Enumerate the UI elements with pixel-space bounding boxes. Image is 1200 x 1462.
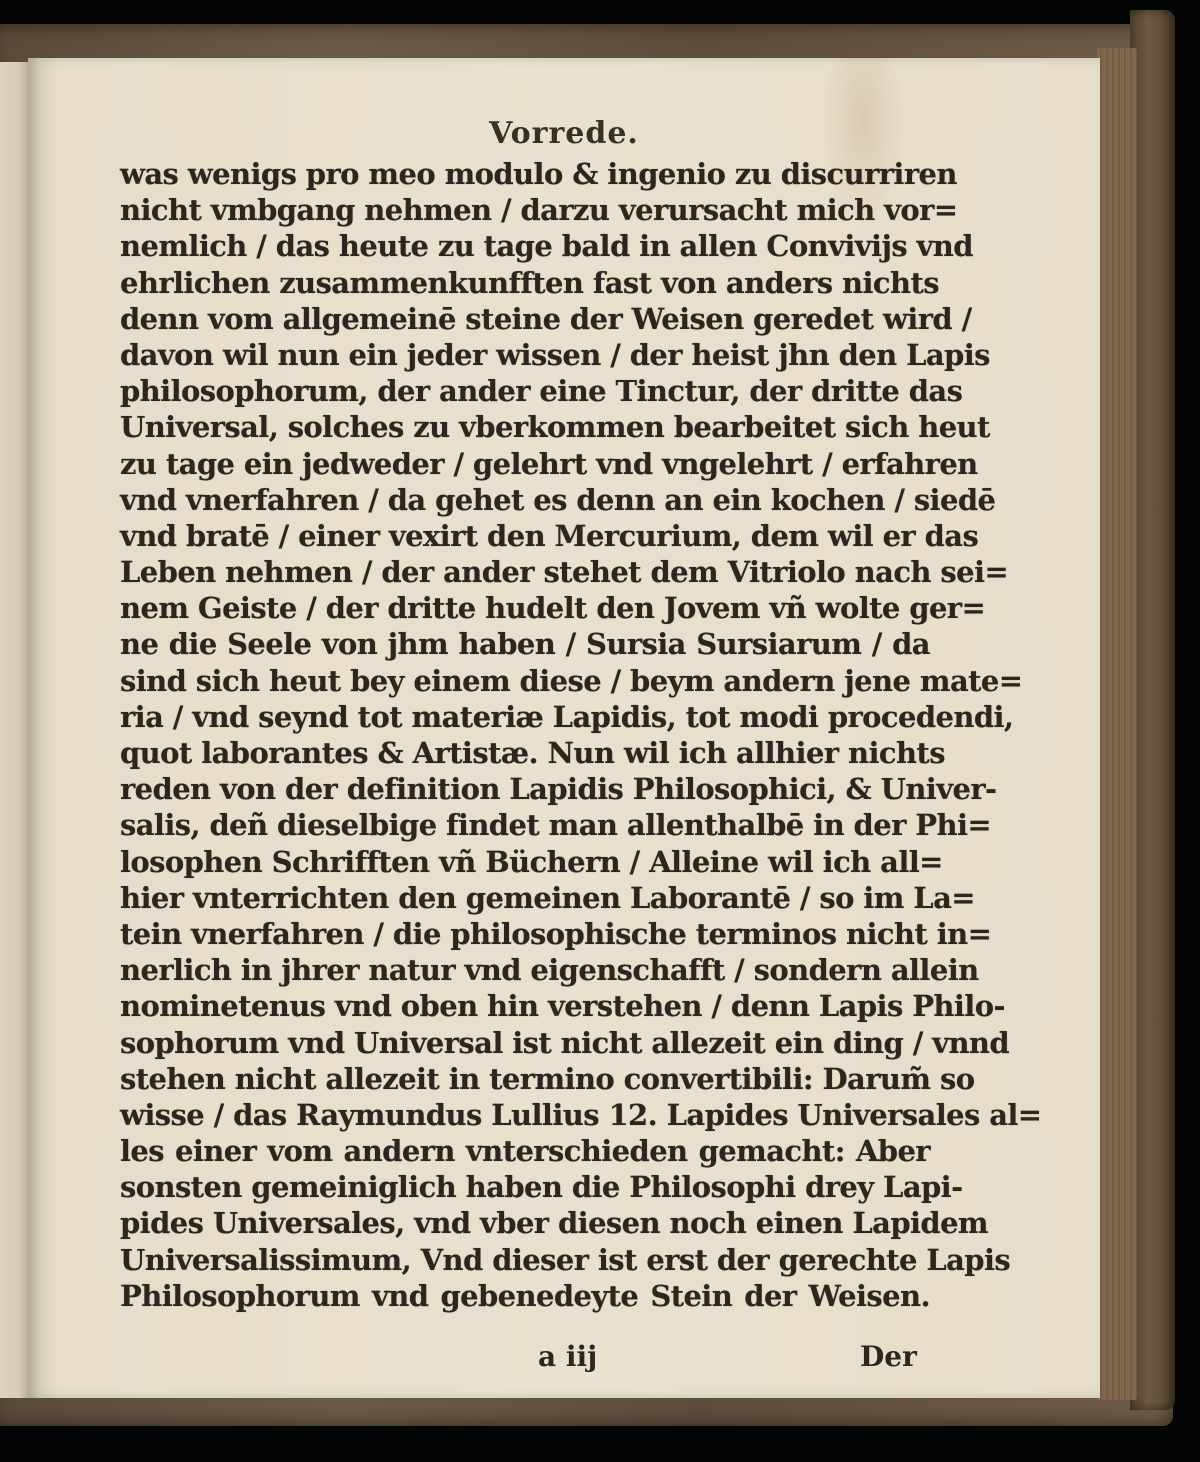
- text-line: vnd vnerfahren / da gehet es denn an ein…: [120, 482, 930, 518]
- body-text: was wenigs pro meo modulo & ingenio zu d…: [120, 156, 930, 1314]
- book-page: Vorrede. was wenigs pro meo modulo & ing…: [28, 58, 1100, 1398]
- text-line: Philosophorum vnd gebenedeyte Stein der …: [120, 1278, 930, 1314]
- text-line: tein vnerfahren / die philosophische ter…: [120, 916, 930, 952]
- page-edges: [1097, 48, 1137, 1400]
- text-line: Universalissimum, Vnd dieser ist erst de…: [120, 1242, 930, 1278]
- text-line: ehrlichen zusammenkunfften fast von ande…: [120, 265, 930, 301]
- text-line: pides Universales, vnd vber diesen noch …: [120, 1205, 930, 1241]
- text-line: hier vnterrichten den gemeinen Laborantē…: [120, 880, 930, 916]
- text-line: philosophorum, der ander eine Tinctur, d…: [120, 373, 930, 409]
- text-line: zu tage ein jedweder / gelehrt vnd vngel…: [120, 446, 930, 482]
- text-line: sind sich heut bey einem diese / beym an…: [120, 663, 930, 699]
- text-line: nominetenus vnd oben hin verstehen / den…: [120, 988, 930, 1024]
- text-line: wisse / das Raymundus Lullius 12. Lapide…: [120, 1097, 930, 1133]
- text-line: sophorum vnd Universal ist nicht allezei…: [120, 1025, 930, 1061]
- text-line: vnd bratē / einer vexirt den Mercurium, …: [120, 518, 930, 554]
- text-line: les einer vom andern vnterschieden gemac…: [120, 1133, 930, 1169]
- text-line: Universal, solches zu vberkommen bearbei…: [120, 409, 930, 445]
- text-line: ria / vnd seynd tot materiæ Lapidis, tot…: [120, 699, 930, 735]
- left-page-sliver: [0, 62, 28, 1398]
- text-line: ne die Seele von jhm haben / Sursia Surs…: [120, 626, 930, 662]
- text-line: was wenigs pro meo modulo & ingenio zu d…: [120, 156, 930, 192]
- text-line: salis, deñ dieselbige findet man allenth…: [120, 807, 930, 843]
- page-footer: a iij Der: [28, 1340, 1100, 1380]
- running-header: Vorrede.: [28, 116, 1100, 151]
- signature-mark: a iij: [538, 1340, 597, 1373]
- text-line: losophen Schrifften vñ Büchern / Alleine…: [120, 844, 930, 880]
- text-line: nerlich in jhrer natur vnd eigenschafft …: [120, 952, 930, 988]
- text-line: reden von der definition Lapidis Philoso…: [120, 771, 930, 807]
- text-line: Leben nehmen / der ander stehet dem Vitr…: [120, 554, 930, 590]
- text-line: nicht vmbgang nehmen / darzu verursacht …: [120, 192, 930, 228]
- catchword: Der: [860, 1340, 917, 1373]
- text-line: denn vom allgemeinē steine der Weisen ge…: [120, 301, 930, 337]
- text-line: nem Geiste / der dritte hudelt den Jovem…: [120, 590, 930, 626]
- text-line: nemlich / das heute zu tage bald in alle…: [120, 228, 930, 264]
- text-line: sonsten gemeiniglich haben die Philosoph…: [120, 1169, 930, 1205]
- text-line: davon wil nun ein jeder wissen / der hei…: [120, 337, 930, 373]
- text-line: quot laborantes & Artistæ. Nun wil ich a…: [120, 735, 930, 771]
- text-line: stehen nicht allezeit in termino convert…: [120, 1061, 930, 1097]
